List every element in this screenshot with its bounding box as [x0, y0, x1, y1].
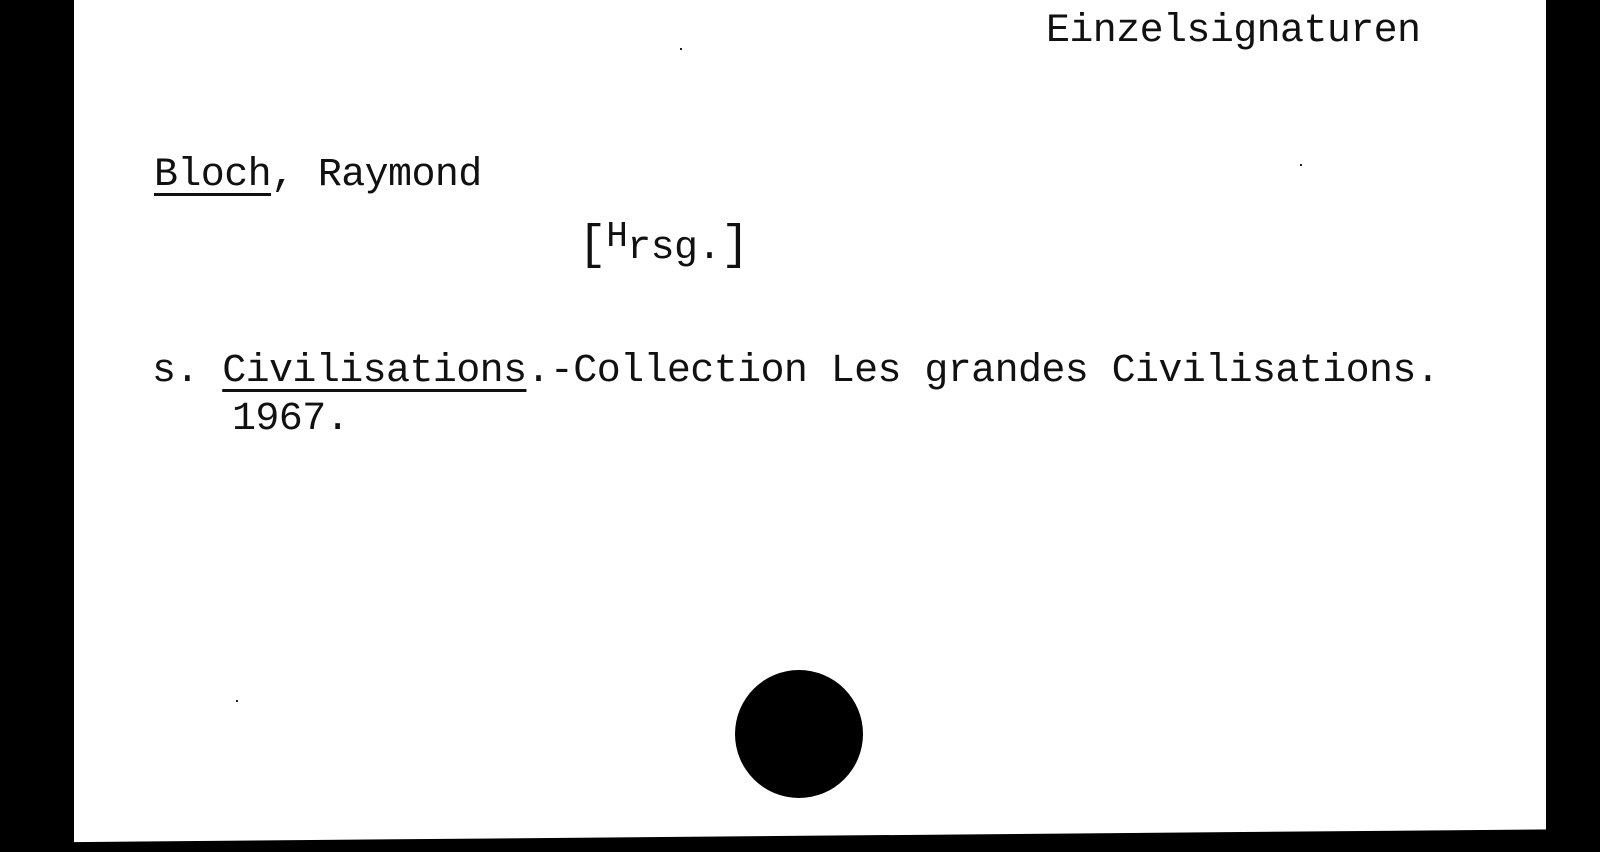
editor-role: [Hrsg.]: [578, 222, 749, 270]
author-line: Bloch, Raymond: [154, 156, 482, 196]
punch-hole: [735, 670, 863, 798]
scanned-catalog-card: Einzelsignaturen Bloch, Raymond [Hrsg.] …: [0, 0, 1600, 852]
card-header: Einzelsignaturen: [1046, 12, 1420, 52]
reference-prefix: s.: [152, 349, 222, 394]
open-bracket: [: [578, 219, 606, 273]
reference-rest: .-Collection Les grandes Civilisations.: [526, 349, 1439, 394]
role-abbrev-rest: rsg.: [627, 226, 721, 271]
see-reference-line: s. Civilisations.-Collection Les grandes…: [152, 352, 1439, 392]
speck: [1300, 164, 1302, 166]
author-separator: ,: [271, 153, 294, 198]
close-bracket: ]: [721, 219, 749, 273]
author-surname: Bloch: [154, 153, 271, 198]
speck: [680, 48, 682, 50]
author-given-name: Raymond: [294, 153, 481, 198]
speck: [236, 700, 238, 702]
role-abbrev-sup: H: [606, 216, 627, 257]
reference-title: Civilisations: [222, 349, 526, 394]
reference-year: 1967.: [232, 400, 349, 440]
